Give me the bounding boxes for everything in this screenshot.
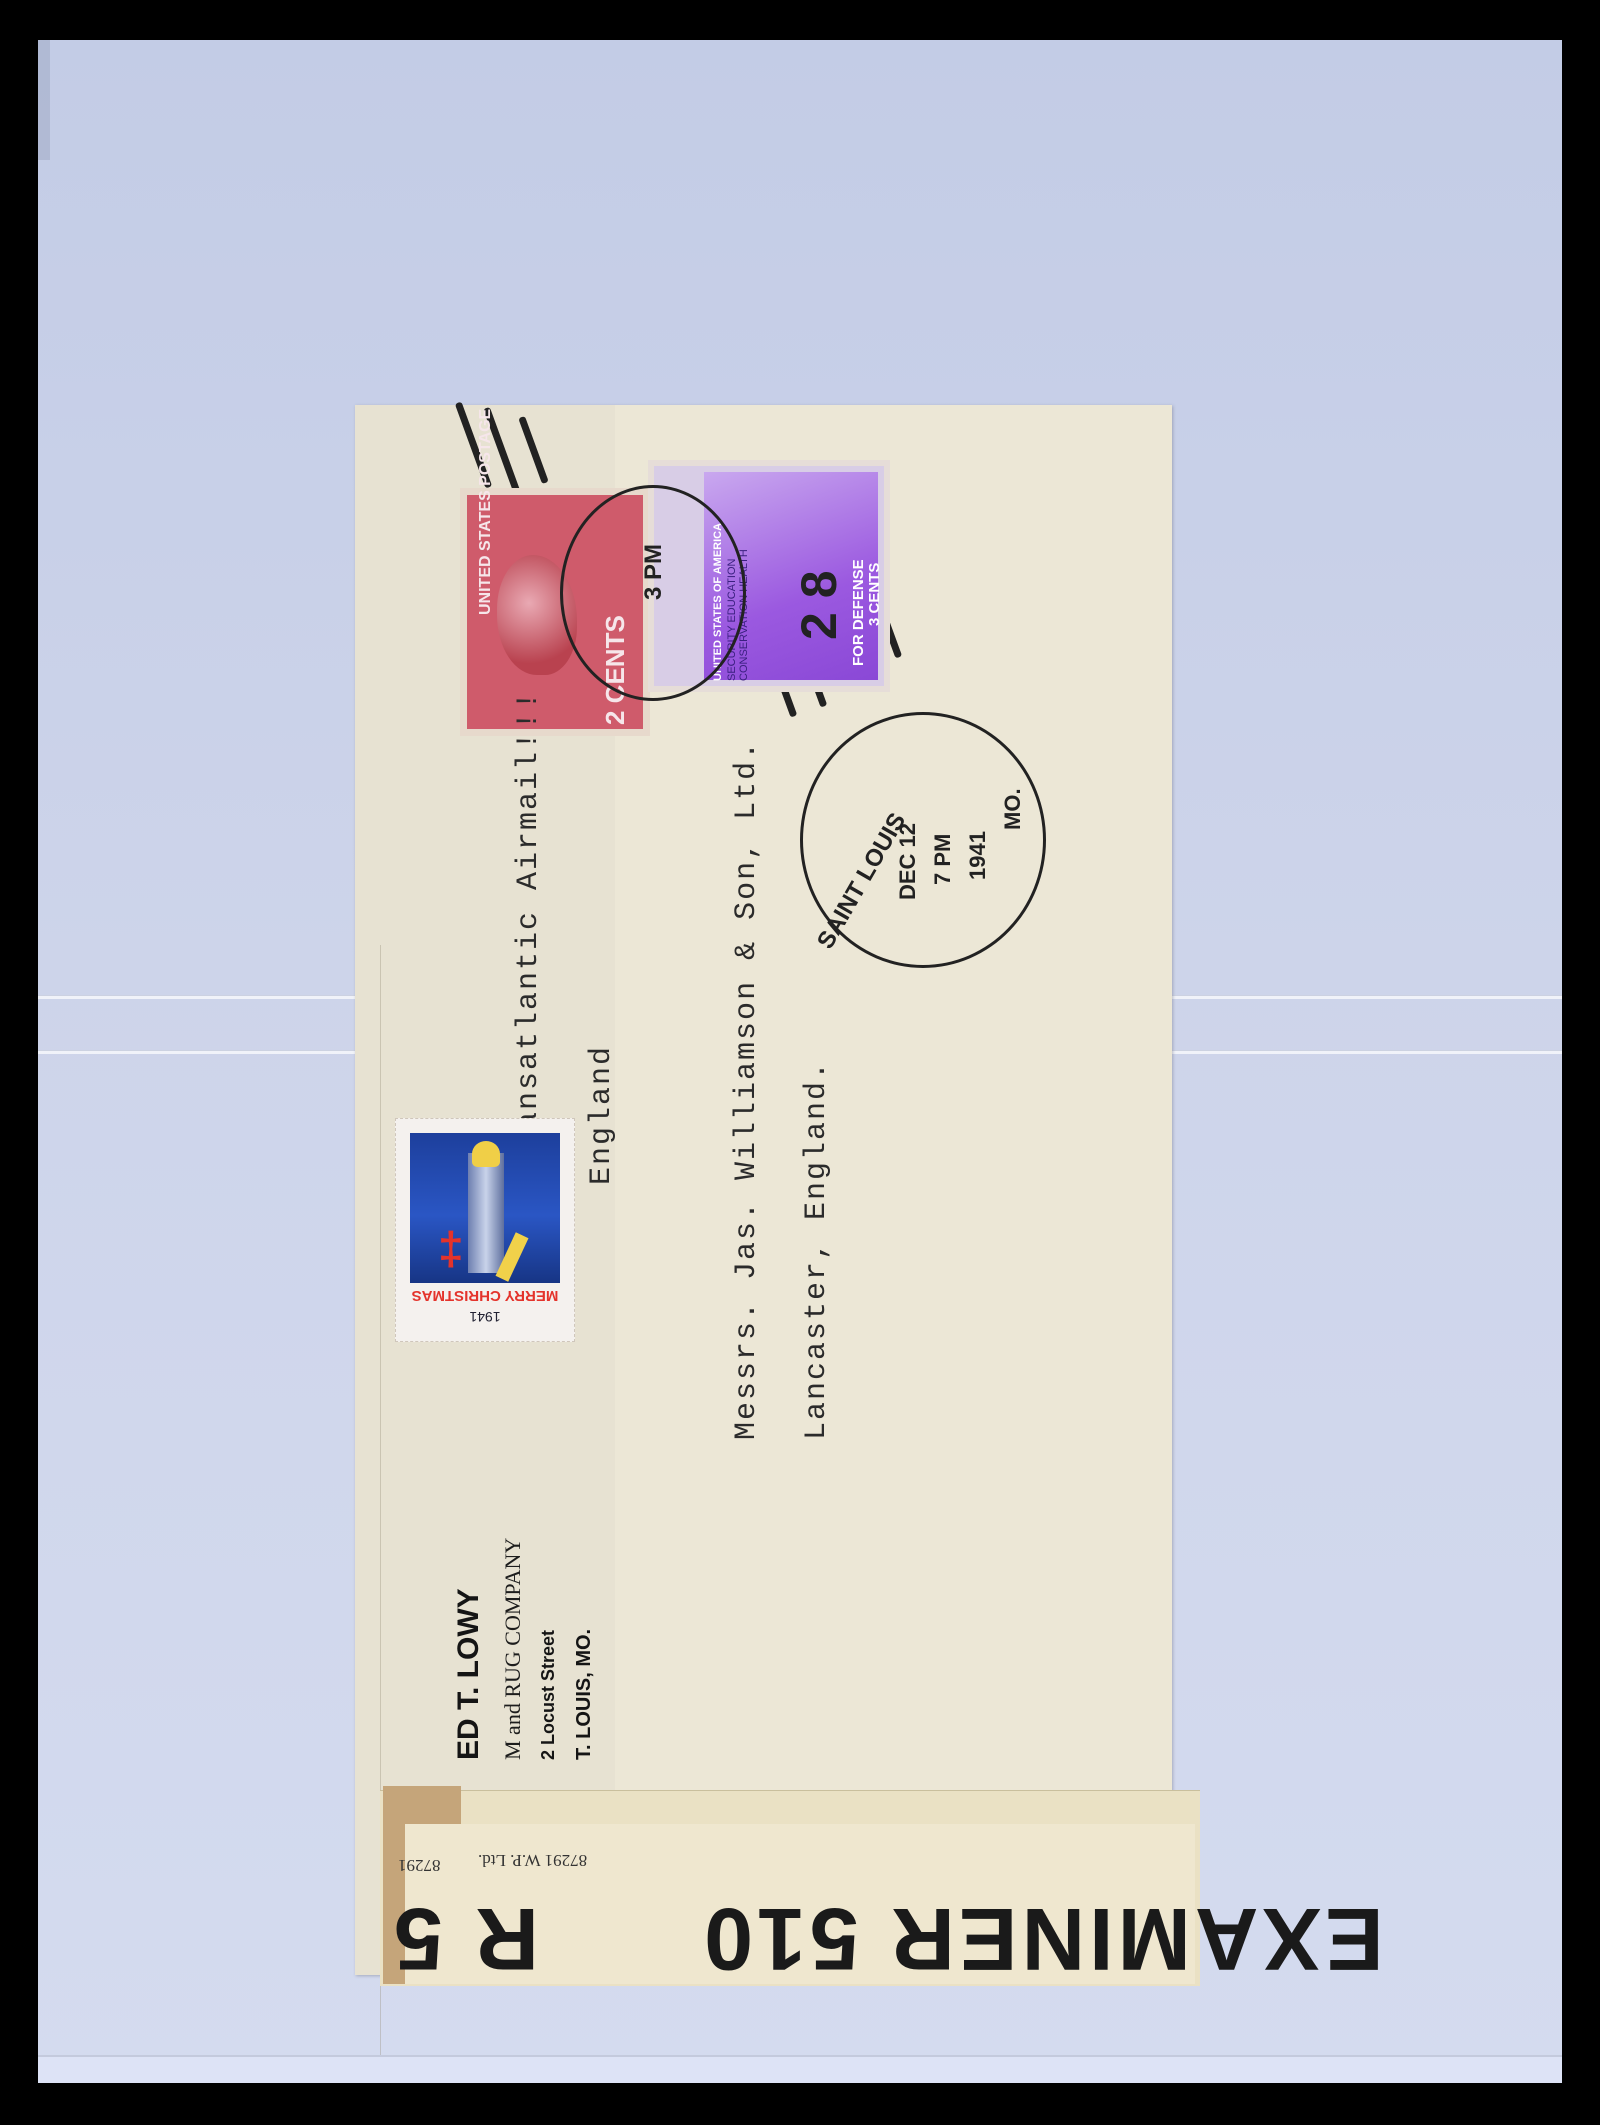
stamp-slogan: FOR DEFENSE: [850, 559, 867, 666]
page-mark: [38, 40, 50, 160]
seal-greeting: MERRY CHRISTMAS: [410, 1287, 560, 1304]
censor-printer: 87291 W.P. Ltd.: [478, 1850, 587, 1870]
return-company: M and RUG COMPANY: [500, 1538, 526, 1760]
addressee-line: Messrs. Jas. Williamson & Son, Ltd.: [730, 740, 764, 1440]
route-country: England: [585, 1045, 619, 1185]
return-city: T. LOUIS, MO.: [573, 1629, 596, 1760]
postmark-time: 7 PM: [930, 834, 956, 885]
postmark-time: 3 PM: [640, 544, 668, 600]
postmark-killer-numbers: 2 8: [790, 570, 848, 640]
page-bottom-strip: [38, 2055, 1562, 2083]
postmark-year: 1941: [965, 831, 991, 880]
censor-serial: 87291: [398, 1855, 441, 1875]
double-barred-cross-icon: ‡: [438, 1223, 464, 1277]
lighthouse-image: ‡: [410, 1133, 560, 1283]
postmark-date: DEC 12: [895, 823, 921, 900]
examiner-overprint: R 5: [390, 1888, 539, 1990]
examiner-number: EXAMINER 510: [700, 1888, 1384, 1990]
stamp-country: UNITED STATES POSTAGE: [477, 409, 494, 615]
christmas-seal: ‡ MERRY CHRISTMAS 1941: [395, 1118, 575, 1342]
postmark-state: MO.: [1000, 788, 1026, 830]
address-line: Lancaster, England.: [800, 1060, 834, 1440]
return-name: ED T. LOWY: [452, 1588, 486, 1760]
stamp-value: 3 CENTS: [866, 563, 883, 626]
return-street: 2 Locust Street: [538, 1630, 559, 1760]
seal-year: 1941: [410, 1309, 560, 1325]
route-line: Transatlantic Airmail!!!: [512, 690, 546, 1170]
